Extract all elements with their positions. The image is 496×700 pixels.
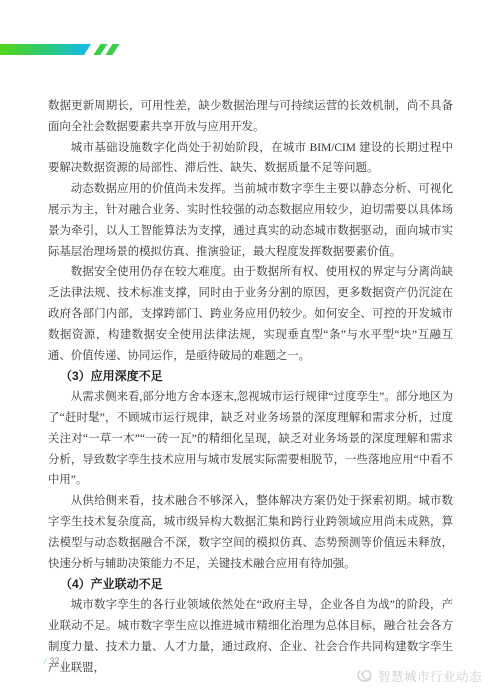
brand-name: 智慧城市行业动态 [378, 667, 482, 685]
brand-logo-icon [356, 668, 375, 685]
document-page: 数据更新周期长，可用性差，缺少数据治理与可持续运营的长效机制，尚不具备面向全社会… [0, 0, 496, 700]
section-heading-industry-linkage: （4）产业联动不足 [48, 574, 453, 595]
page-number: /32/ [41, 656, 68, 666]
paragraph: 动态数据应用的价值尚未发挥。当前城市数字孪生主要以静态分析、可视化展示为主，针对… [48, 179, 453, 262]
paragraph-continuation: 数据更新周期长，可用性差，缺少数据治理与可持续运营的长效机制，尚不具备面向全社会… [48, 96, 453, 138]
slash-icon [105, 44, 119, 55]
paragraph: 城市数字孪生的各行业领域依然处在“政府主导，企业各自为战”的阶段，产业联动不足。… [48, 595, 453, 678]
page-number-value: 32 [50, 656, 60, 666]
section-heading-application-depth: （3）应用深度不足 [48, 366, 453, 387]
paragraph: 数据安全使用仍存在较大难度。由于数据所有权、使用权的界定与分离尚缺乏法律法规、技… [48, 262, 453, 366]
gradient-bar-decoration [0, 44, 91, 55]
page-number-slash: / [63, 656, 66, 666]
brand-watermark: 智慧城市行业动态 [356, 667, 482, 685]
paragraph: 城市基础设施数字化尚处于初始阶段，在城市 BIM/CIM 建设的长期过程中要解决… [48, 138, 453, 180]
paragraph: 从需求侧来看,部分地方舍本逐末,忽视城市运行规律“过度孪生”。部分地区为了“赶时… [48, 387, 453, 491]
page-number-slash: / [44, 656, 47, 666]
paragraph: 从供给侧来看，技术融合不够深入，整体解决方案仍处于探索初期。城市数字孪生技术复杂… [48, 491, 453, 574]
body-text: 数据更新周期长，可用性差，缺少数据治理与可持续运营的长效机制，尚不具备面向全社会… [48, 96, 453, 678]
